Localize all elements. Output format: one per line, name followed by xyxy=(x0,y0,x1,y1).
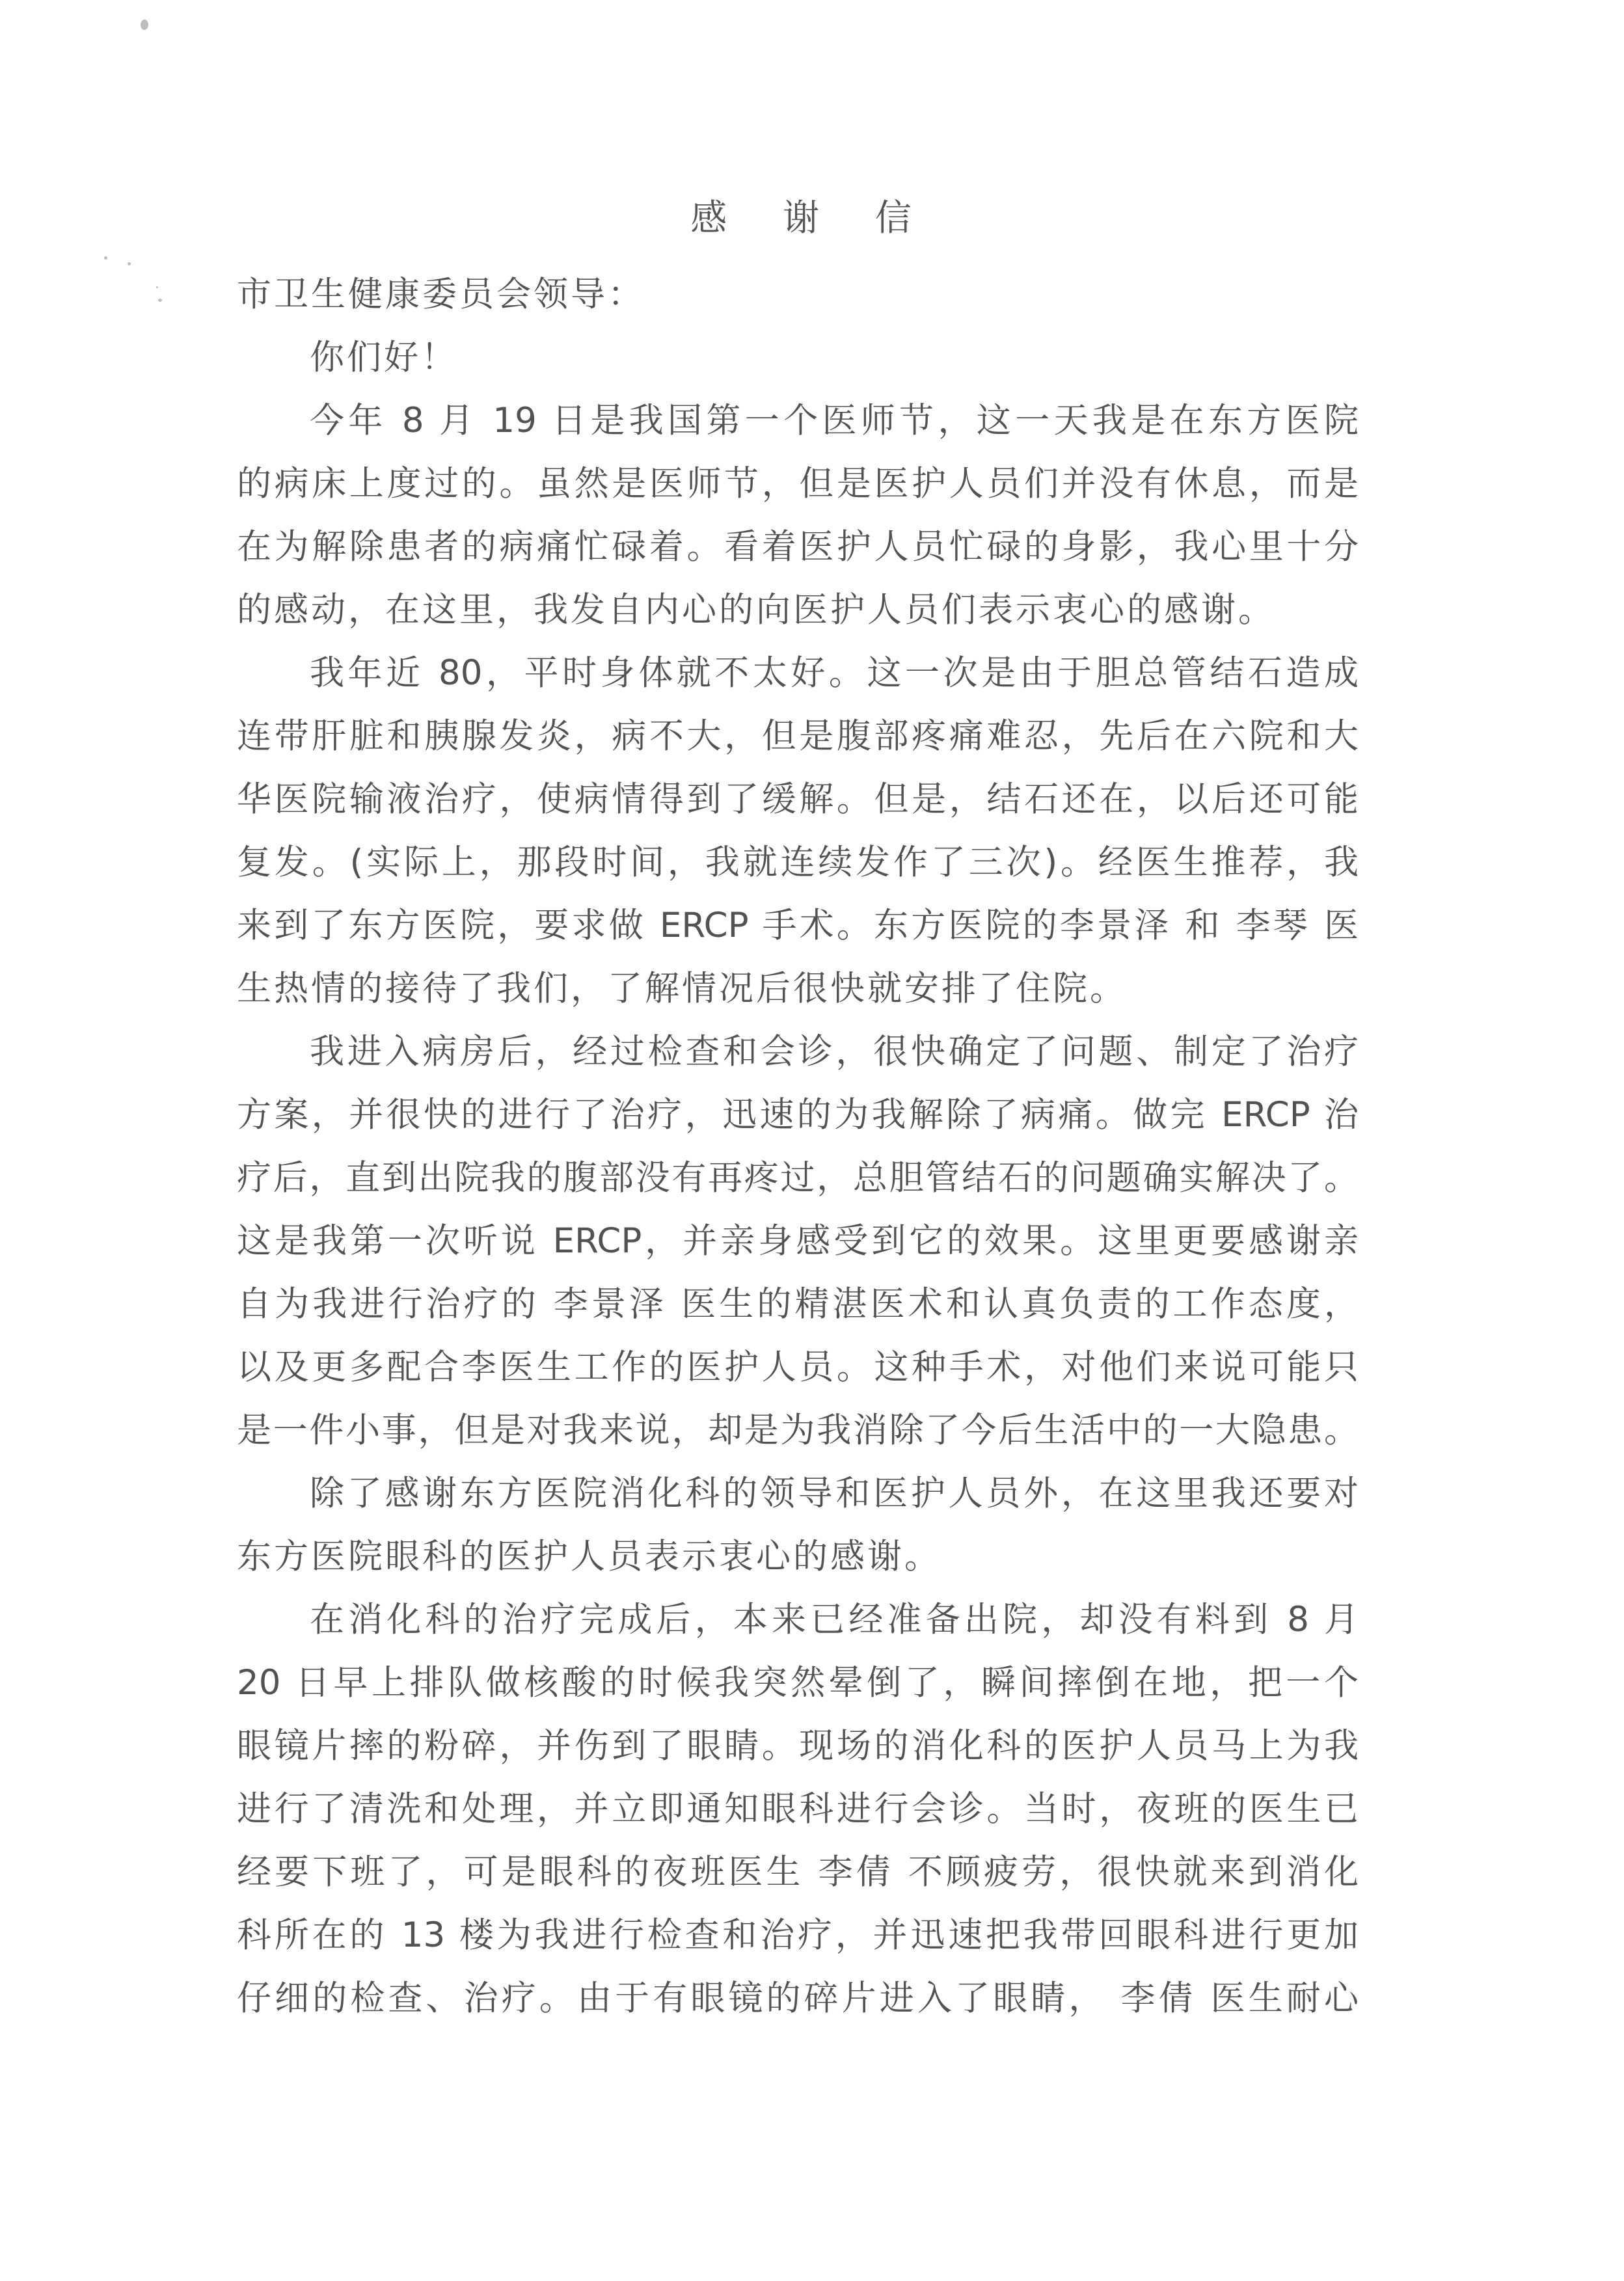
letter-line: 方案，并很快的进行了治疗，迅速的为我解除了病痛。做完 ERCP 治 xyxy=(237,1083,1359,1146)
letter-line: 复发。(实际上，那段时间，我就连续发作了三次)。经医生推荐，我 xyxy=(237,831,1359,894)
letter-line: 仔细的检查、治疗。由于有眼镜的碎片进入了眼睛， 李倩 医生耐心 xyxy=(237,1967,1359,2030)
letter-line: 以及更多配合李医生工作的医护人员。这种手术，对他们来说可能只 xyxy=(237,1336,1359,1399)
letter-body: 市卫生健康委员会领导： 你们好！ 今年 8 月 19 日是我国第一个医师节，这一… xyxy=(237,263,1359,2030)
scan-speck xyxy=(156,286,158,288)
letter-line: 疗后，直到出院我的腹部没有再疼过，总胆管结石的问题确实解决了。 xyxy=(237,1146,1359,1209)
letter-line: 我年近 80，平时身体就不太好。这一次是由于胆总管结石造成 xyxy=(237,641,1359,705)
letter-line: 我进入病房后，经过检查和会诊，很快确定了问题、制定了治疗 xyxy=(237,1020,1359,1083)
letter-line: 华医院输液治疗，使病情得到了缓解。但是，结石还在，以后还可能 xyxy=(237,768,1359,831)
letter-title: 感 谢 信 xyxy=(0,193,1624,245)
letter-paragraphs: 今年 8 月 19 日是我国第一个医师节，这一天我是在东方医院的病床上度过的。虽… xyxy=(237,389,1359,2030)
letter-line: 眼镜片摔的粉碎，并伤到了眼睛。现场的消化科的医护人员马上为我 xyxy=(237,1714,1359,1777)
letter-page: 感 谢 信 市卫生健康委员会领导： 你们好！ 今年 8 月 19 日是我国第一个… xyxy=(0,0,1624,2281)
letter-line: 来到了东方医院，要求做 ERCP 手术。东方医院的李景泽 和 李琴 医 xyxy=(237,894,1359,957)
letter-line: 东方医院眼科的医护人员表示衷心的感谢。 xyxy=(237,1525,1359,1588)
letter-line: 今年 8 月 19 日是我国第一个医师节，这一天我是在东方医院 xyxy=(237,389,1359,452)
letter-line: 的病床上度过的。虽然是医师节，但是医护人员们并没有休息，而是 xyxy=(237,452,1359,515)
letter-line: 的感动，在这里，我发自内心的向医护人员们表示衷心的感谢。 xyxy=(237,578,1359,641)
letter-line: 除了感谢东方医院消化科的领导和医护人员外，在这里我还要对 xyxy=(237,1462,1359,1525)
letter-line: 生热情的接待了我们，了解情况后很快就安排了住院。 xyxy=(237,957,1359,1020)
letter-line: 自为我进行治疗的 李景泽 医生的精湛医术和认真负责的工作态度， xyxy=(237,1273,1359,1336)
greeting: 你们好！ xyxy=(237,326,1359,389)
letter-line: 科所在的 13 楼为我进行检查和治疗，并迅速把我带回眼科进行更加 xyxy=(237,1904,1359,1967)
letter-line: 是一件小事，但是对我来说，却是为我消除了今后生活中的一大隐患。 xyxy=(237,1399,1359,1462)
letter-line: 进行了清洗和处理，并立即通知眼科进行会诊。当时，夜班的医生已 xyxy=(237,1777,1359,1841)
letter-line: 在消化科的治疗完成后，本来已经准备出院，却没有料到 8 月 xyxy=(237,1588,1359,1651)
letter-line: 20 日早上排队做核酸的时候我突然晕倒了，瞬间摔倒在地，把一个 xyxy=(237,1651,1359,1714)
scan-speck xyxy=(128,262,131,265)
letter-line: 连带肝脏和胰腺发炎，病不大，但是腹部疼痛难忍，先后在六院和大 xyxy=(237,705,1359,768)
scan-speck xyxy=(141,20,148,30)
salutation: 市卫生健康委员会领导： xyxy=(237,263,1359,326)
letter-line: 这是我第一次听说 ERCP，并亲身感受到它的效果。这里更要感谢亲 xyxy=(237,1209,1359,1273)
letter-line: 经要下班了，可是眼科的夜班医生 李倩 不顾疲劳，很快就来到消化 xyxy=(237,1841,1359,1904)
letter-line: 在为解除患者的病痛忙碌着。看着医护人员忙碌的身影，我心里十分 xyxy=(237,515,1359,578)
scan-speck xyxy=(158,299,162,302)
scan-speck xyxy=(104,256,107,260)
